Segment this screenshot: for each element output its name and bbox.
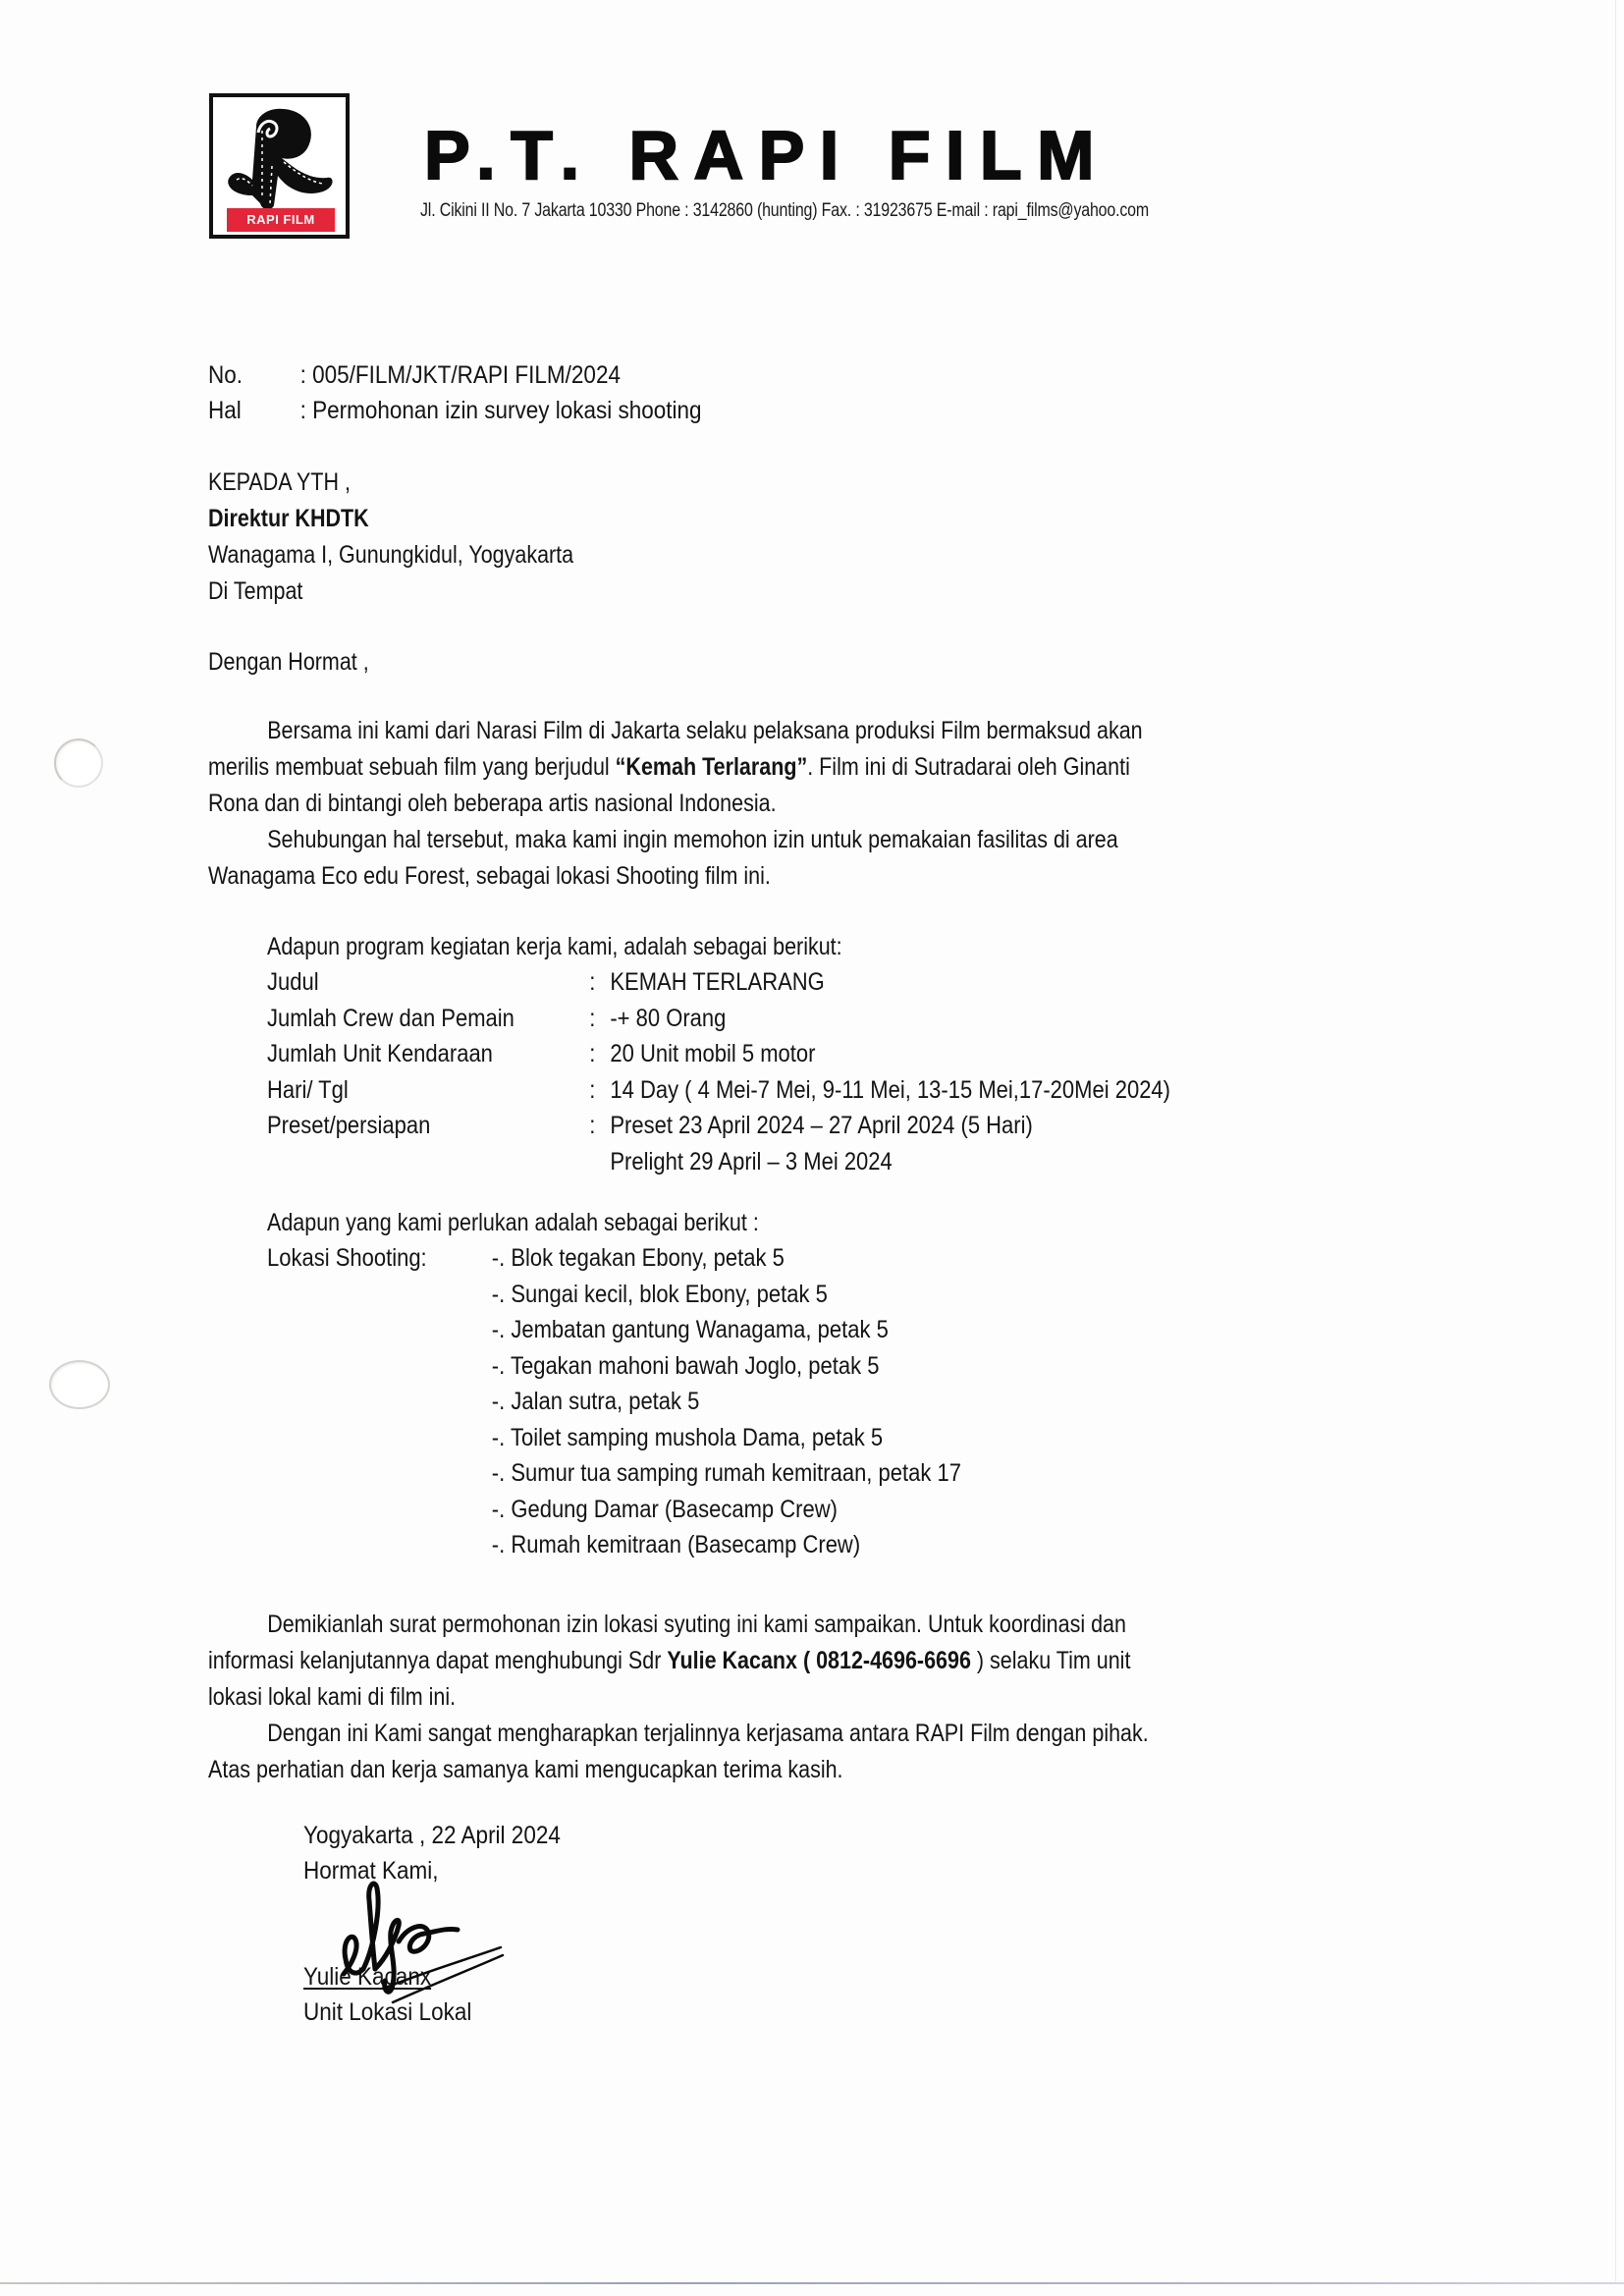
number-label: No. [208, 357, 300, 393]
logo-label: RAPI FILM [227, 208, 335, 232]
intro-line: Bersama ini kami dari Narasi Film di Jak… [208, 713, 1247, 749]
closing-line: Demikianlah surat permohonan izin lokasi… [208, 1607, 1247, 1643]
program-row: Preset/persiapan:Preset 23 April 2024 – … [267, 1108, 1170, 1144]
location-item: -. Gedung Damar (Basecamp Crew) [267, 1492, 961, 1528]
recipient-salutation: KEPADA YTH , [208, 465, 351, 500]
intro-line: Rona dan di bintangi oleh beberapa artis… [208, 786, 1247, 822]
location-text: Jalan sutra, petak 5 [511, 1388, 699, 1415]
recipient-title: Direktur KHDTK [208, 501, 369, 536]
program-value: Preset 23 April 2024 – 27 April 2024 (5 … [610, 1112, 1032, 1139]
program-row: Jumlah Crew dan Pemain:-+ 80 Orang [267, 1001, 1170, 1037]
program-value: -+ 80 Orang [610, 1005, 726, 1032]
recipient-address: Wanagama I, Gunungkidul, Yogyakarta [208, 537, 573, 573]
place-date: Yogyakarta , 22 April 2024 [303, 1818, 561, 1853]
program-value: KEMAH TERLARANG [610, 968, 824, 996]
locations-label: Lokasi Shooting: [267, 1240, 492, 1277]
contact-person: Yulie Kacanx ( 0812-4696-6696 [667, 1647, 971, 1674]
film-title: “Kemah Terlarang” [616, 753, 808, 781]
program-value: 20 Unit mobil 5 motor [610, 1040, 815, 1067]
program-row: Judul:KEMAH TERLARANG [267, 964, 1170, 1001]
closing-line: lokasi lokal kami di film ini. [208, 1679, 1247, 1716]
greeting: Dengan Hormat , [208, 644, 369, 680]
bullet: -. [492, 1388, 505, 1415]
closing-line: Dengan ini Kami sangat mengharapkan terj… [208, 1716, 1247, 1752]
punch-hole-lower [49, 1360, 110, 1409]
program-row: Jumlah Unit Kendaraan:20 Unit mobil 5 mo… [267, 1036, 1170, 1072]
program-label: Jumlah Crew dan Pemain [267, 1001, 589, 1037]
program-value: Prelight 29 April – 3 Mei 2024 [610, 1148, 892, 1175]
closing-text: informasi kelanjutannya dapat menghubung… [208, 1647, 667, 1674]
colon: : [589, 1108, 610, 1144]
intro-line: Wanagama Eco edu Forest, sebagai lokasi … [208, 858, 1247, 895]
closing-text: ) selaku Tim unit [971, 1647, 1130, 1674]
reference-number-row: No.: 005/FILM/JKT/RAPI FILM/2024 [208, 357, 621, 393]
location-item: -. Sungai kecil, blok Ebony, petak 5 [267, 1277, 961, 1313]
intro-text: . Film ini di Sutradarai oleh Ginanti [807, 753, 1130, 781]
locations-heading: Adapun yang kami perlukan adalah sebagai… [267, 1205, 759, 1240]
program-heading: Adapun program kegiatan kerja kami, adal… [267, 929, 842, 964]
bullet: -. [492, 1459, 505, 1487]
recipient-place: Di Tempat [208, 574, 302, 609]
program-label: Jumlah Unit Kendaraan [267, 1036, 589, 1072]
location-item: -. Tegakan mahoni bawah Joglo, petak 5 [267, 1348, 961, 1385]
location-item: -. Rumah kemitraan (Basecamp Crew) [267, 1527, 961, 1563]
closing-paragraph: Demikianlah surat permohonan izin lokasi… [208, 1607, 1247, 1788]
location-text: Sungai kecil, blok Ebony, petak 5 [511, 1281, 827, 1308]
number-value: : 005/FILM/JKT/RAPI FILM/2024 [300, 361, 621, 389]
company-address: Jl. Cikini II No. 7 Jakarta 10330 Phone … [420, 200, 1149, 222]
program-table: Judul:KEMAH TERLARANG Jumlah Crew dan Pe… [267, 964, 1170, 1179]
subject-label: Hal [208, 393, 300, 428]
handwritten-signature-icon [334, 1871, 511, 2008]
bullet: -. [492, 1496, 505, 1523]
program-row: Hari/ Tgl:14 Day ( 4 Mei-7 Mei, 9-11 Mei… [267, 1072, 1170, 1109]
intro-line: Sehubungan hal tersebut, maka kami ingin… [208, 822, 1247, 858]
company-name: P.T. RAPI FILM [424, 120, 1308, 191]
bullet: -. [492, 1281, 505, 1308]
location-item: -. Toilet samping mushola Dama, petak 5 [267, 1420, 961, 1456]
location-item: -. Jembatan gantung Wanagama, petak 5 [267, 1312, 961, 1348]
page-edge-bottom [0, 2282, 1624, 2284]
location-item: -. Jalan sutra, petak 5 [267, 1384, 961, 1420]
colon: : [589, 1036, 610, 1072]
program-label: Judul [267, 964, 589, 1001]
subject-row: Hal: Permohonan izin survey lokasi shoot… [208, 393, 702, 428]
location-text: Sumur tua samping rumah kemitraan, petak… [511, 1459, 961, 1487]
intro-text: merilis membuat sebuah film yang berjudu… [208, 753, 616, 781]
page-edge-right [1615, 0, 1616, 2282]
bullet: -. [492, 1424, 505, 1451]
program-label: Preset/persiapan [267, 1108, 589, 1144]
colon: : [589, 964, 610, 1001]
colon: : [589, 1072, 610, 1109]
location-text: Toilet samping mushola Dama, petak 5 [511, 1424, 883, 1451]
closing-line: Atas perhatian dan kerja samanya kami me… [208, 1752, 1247, 1788]
bullet: -. [492, 1352, 505, 1380]
program-row-continuation: Prelight 29 April – 3 Mei 2024 [267, 1144, 1170, 1180]
punch-hole-upper [54, 738, 103, 788]
intro-paragraph: Bersama ini kami dari Narasi Film di Jak… [208, 713, 1247, 895]
bullet: -. [492, 1531, 505, 1558]
closing-line: informasi kelanjutannya dapat menghubung… [208, 1643, 1247, 1679]
location-text: Gedung Damar (Basecamp Crew) [511, 1496, 838, 1523]
location-item: Lokasi Shooting:-. Blok tegakan Ebony, p… [267, 1240, 961, 1277]
company-logo: RAPI FILM [209, 93, 350, 239]
location-text: Blok tegakan Ebony, petak 5 [511, 1244, 784, 1272]
location-text: Tegakan mahoni bawah Joglo, petak 5 [511, 1352, 879, 1380]
program-label: Hari/ Tgl [267, 1072, 589, 1109]
colon: : [589, 1001, 610, 1037]
location-item: -. Sumur tua samping rumah kemitraan, pe… [267, 1455, 961, 1492]
subject-value: : Permohonan izin survey lokasi shooting [300, 397, 702, 424]
location-text: Rumah kemitraan (Basecamp Crew) [511, 1531, 860, 1558]
intro-line: merilis membuat sebuah film yang berjudu… [208, 749, 1247, 786]
locations-list: Lokasi Shooting:-. Blok tegakan Ebony, p… [267, 1240, 961, 1563]
program-value: 14 Day ( 4 Mei-7 Mei, 9-11 Mei, 13-15 Me… [610, 1076, 1170, 1104]
location-text: Jembatan gantung Wanagama, petak 5 [511, 1316, 888, 1343]
bullet: -. [492, 1316, 505, 1343]
bullet: -. [492, 1244, 505, 1272]
